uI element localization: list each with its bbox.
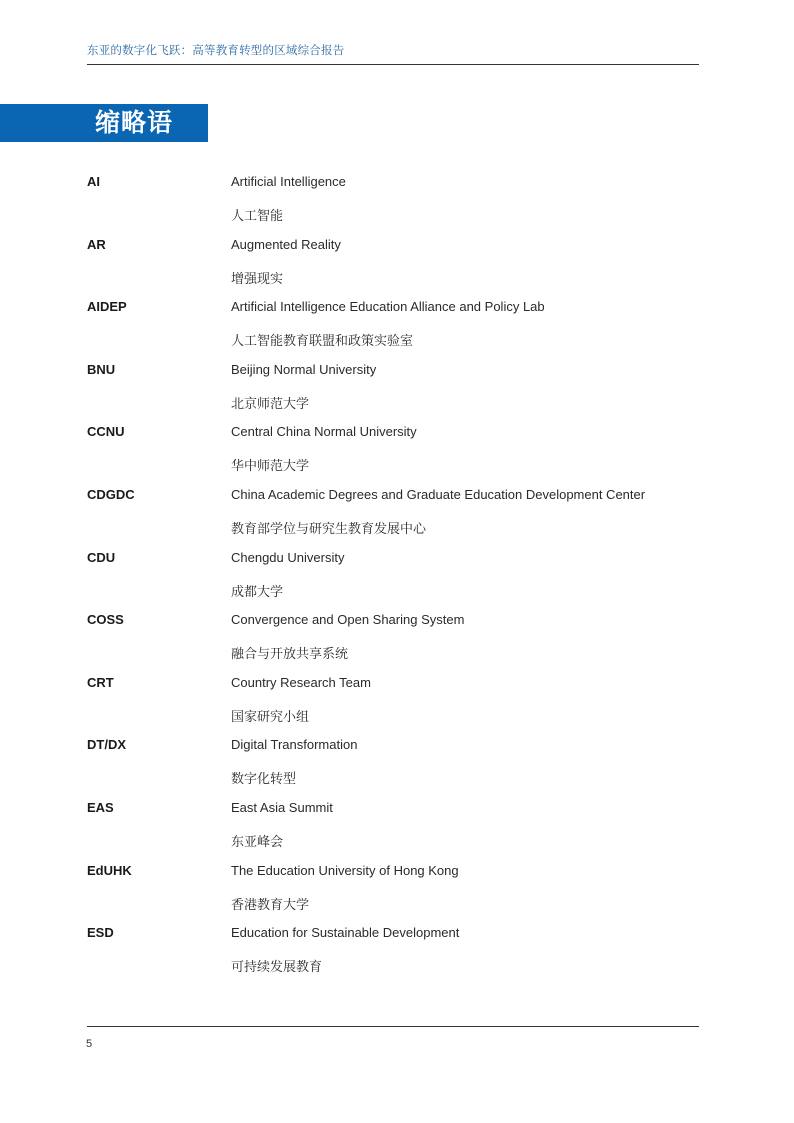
abbreviation-chinese: 教育部学位与研究生教育发展中心 <box>231 518 426 537</box>
abbreviation-row: AR Augmented Reality 增强现实 <box>87 235 699 298</box>
abbreviation-chinese: 东亚峰会 <box>231 831 283 850</box>
abbreviation-chinese: 数字化转型 <box>231 768 296 787</box>
abbreviation-chinese: 人工智能教育联盟和政策实验室 <box>231 330 413 349</box>
abbreviation-english: Digital Transformation <box>231 737 357 752</box>
abbreviation-chinese: 成都大学 <box>231 581 283 600</box>
abbreviation-row: BNU Beijing Normal University 北京师范大学 <box>87 360 699 423</box>
abbreviation-english: Convergence and Open Sharing System <box>231 612 464 627</box>
abbreviation-term: CCNU <box>87 424 125 439</box>
abbreviation-term: CDGDC <box>87 487 135 502</box>
abbreviation-row: EdUHK The Education University of Hong K… <box>87 861 699 924</box>
abbreviation-row: EAS East Asia Summit 东亚峰会 <box>87 798 699 861</box>
abbreviation-english: Country Research Team <box>231 675 371 690</box>
abbreviation-english: East Asia Summit <box>231 800 333 815</box>
abbreviation-english: China Academic Degrees and Graduate Educ… <box>231 487 645 502</box>
footer-divider <box>87 1026 699 1027</box>
abbreviation-row: ESD Education for Sustainable Developmen… <box>87 923 699 986</box>
abbreviation-term: AI <box>87 174 100 189</box>
abbreviation-term: CRT <box>87 675 114 690</box>
abbreviation-chinese: 增强现实 <box>231 268 283 287</box>
abbreviation-term: EAS <box>87 800 114 815</box>
abbreviation-row: CDU Chengdu University 成都大学 <box>87 548 699 611</box>
abbreviation-row: CCNU Central China Normal University 华中师… <box>87 422 699 485</box>
abbreviation-row: COSS Convergence and Open Sharing System… <box>87 610 699 673</box>
abbreviation-english: Central China Normal University <box>231 424 417 439</box>
abbreviation-chinese: 人工智能 <box>231 205 283 224</box>
abbreviation-english: Chengdu University <box>231 550 344 565</box>
abbreviation-english: Augmented Reality <box>231 237 341 252</box>
abbreviation-term: AIDEP <box>87 299 127 314</box>
abbreviation-chinese: 融合与开放共享系统 <box>231 643 348 662</box>
abbreviation-chinese: 华中师范大学 <box>231 455 309 474</box>
abbreviation-row: DT/DX Digital Transformation 数字化转型 <box>87 735 699 798</box>
abbreviation-term: AR <box>87 237 106 252</box>
abbreviation-term: DT/DX <box>87 737 126 752</box>
abbreviation-term: CDU <box>87 550 115 565</box>
section-title: 缩略语 <box>95 104 173 142</box>
abbreviation-row: AI Artificial Intelligence 人工智能 <box>87 172 699 235</box>
abbreviation-english: The Education University of Hong Kong <box>231 863 459 878</box>
header-divider <box>87 64 699 65</box>
abbreviation-english: Education for Sustainable Development <box>231 925 459 940</box>
abbreviation-english: Artificial Intelligence <box>231 174 346 189</box>
abbreviation-term: EdUHK <box>87 863 132 878</box>
abbreviation-row: CRT Country Research Team 国家研究小组 <box>87 673 699 736</box>
abbreviation-list: AI Artificial Intelligence 人工智能 AR Augme… <box>87 172 699 986</box>
running-header-title: 东亚的数字化飞跃：高等教育转型的区域综合报告 <box>87 42 344 58</box>
page-number: 5 <box>86 1038 92 1050</box>
abbreviation-english: Artificial Intelligence Education Allian… <box>231 299 545 314</box>
abbreviation-chinese: 北京师范大学 <box>231 393 309 412</box>
abbreviation-chinese: 香港教育大学 <box>231 894 309 913</box>
abbreviation-chinese: 国家研究小组 <box>231 706 309 725</box>
abbreviation-english: Beijing Normal University <box>231 362 376 377</box>
abbreviation-term: BNU <box>87 362 115 377</box>
abbreviation-row: CDGDC China Academic Degrees and Graduat… <box>87 485 699 548</box>
abbreviation-term: COSS <box>87 612 124 627</box>
abbreviation-chinese: 可持续发展教育 <box>231 956 322 975</box>
abbreviation-row: AIDEP Artificial Intelligence Education … <box>87 297 699 360</box>
abbreviation-term: ESD <box>87 925 114 940</box>
